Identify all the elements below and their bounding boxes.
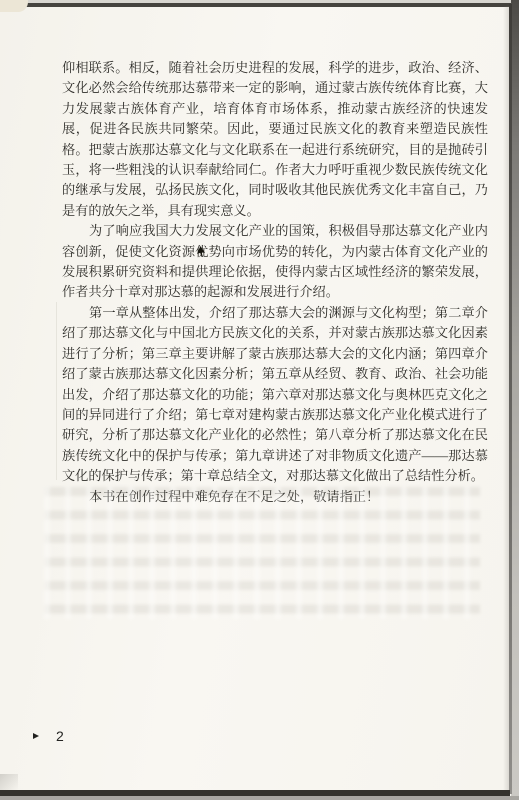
scan-edge-bottom-strip [0,796,519,800]
paragraph: 仰相联系。相反，随着社会历史进程的发展，科学的进步，政治、经济、文化必然会给传统… [62,58,488,221]
page-footer: 2 [33,728,64,744]
scan-corner-top-left [0,0,28,12]
scanned-book-page: 仰相联系。相反，随着社会历史进程的发展，科学的进步，政治、经济、文化必然会给传统… [0,0,519,800]
reverse-page-showthrough [44,487,480,619]
paragraph: 第一章从整体出发，介绍了那达慕大会的渊源与文化构型；第二章介绍了那达慕文化与中国… [62,303,488,487]
page-text-block: 仰相联系。相反，随着社会历史进程的发展，科学的进步，政治、经济、文化必然会给传统… [62,58,488,507]
scan-corner-bottom-left [0,774,18,790]
reverse-page-showthrough-line [56,302,57,480]
scan-edge-right [511,0,519,796]
scan-edge-top-line [20,3,519,7]
footer-arrow-icon [33,733,39,739]
page-number: 2 [56,728,64,744]
scan-edge-right-shadow [503,6,509,792]
scan-edge-right-line [509,4,512,794]
paragraph: 为了响应我国大力发展文化产业的国策，积极倡导那达慕文化产业内容创新，促使文化资源… [62,221,488,303]
